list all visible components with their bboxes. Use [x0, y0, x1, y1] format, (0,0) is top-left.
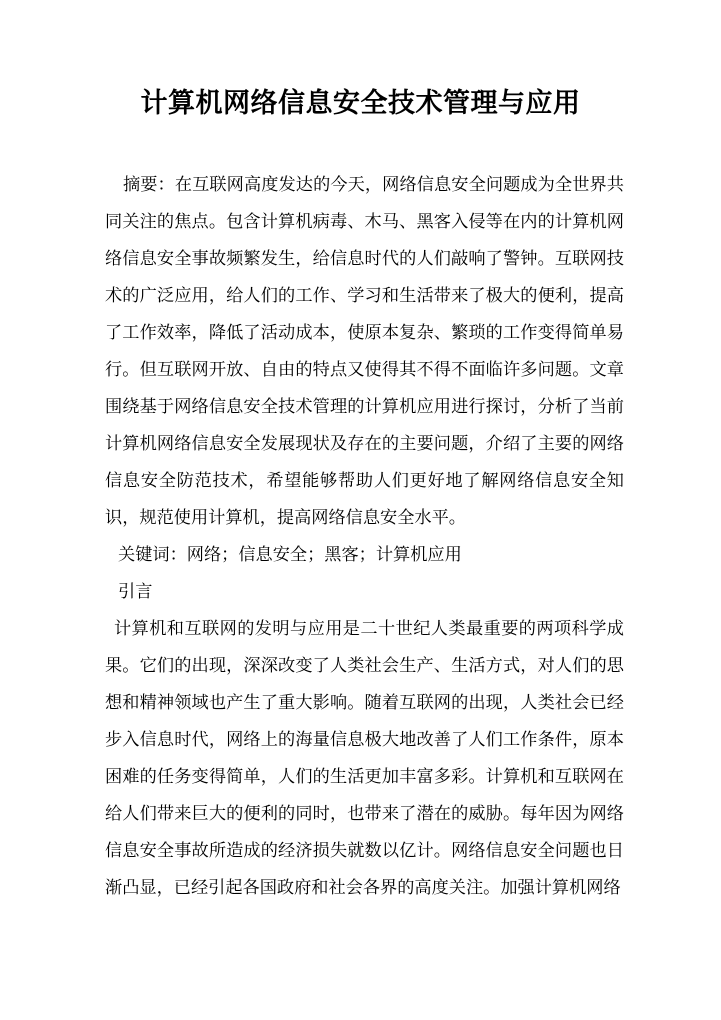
abstract-paragraph: 摘要：在互联网高度发达的今天，网络信息安全问题成为全世界共同关注的焦点。包含计算…: [105, 166, 624, 536]
keywords-line: 关键词：网络；信息安全；黑客；计算机应用: [105, 536, 624, 573]
introduction-paragraph: 计算机和互联网的发明与应用是二十世纪人类最重要的两项科学成果。它们的出现，深深改…: [105, 610, 624, 906]
document-title: 计算机网络信息安全技术管理与应用: [0, 85, 721, 121]
document-page: 计算机网络信息安全技术管理与应用 摘要：在互联网高度发达的今天，网络信息安全问题…: [0, 0, 721, 1020]
document-body: 摘要：在互联网高度发达的今天，网络信息安全问题成为全世界共同关注的焦点。包含计算…: [105, 166, 624, 906]
section-heading-introduction: 引言: [105, 573, 624, 610]
